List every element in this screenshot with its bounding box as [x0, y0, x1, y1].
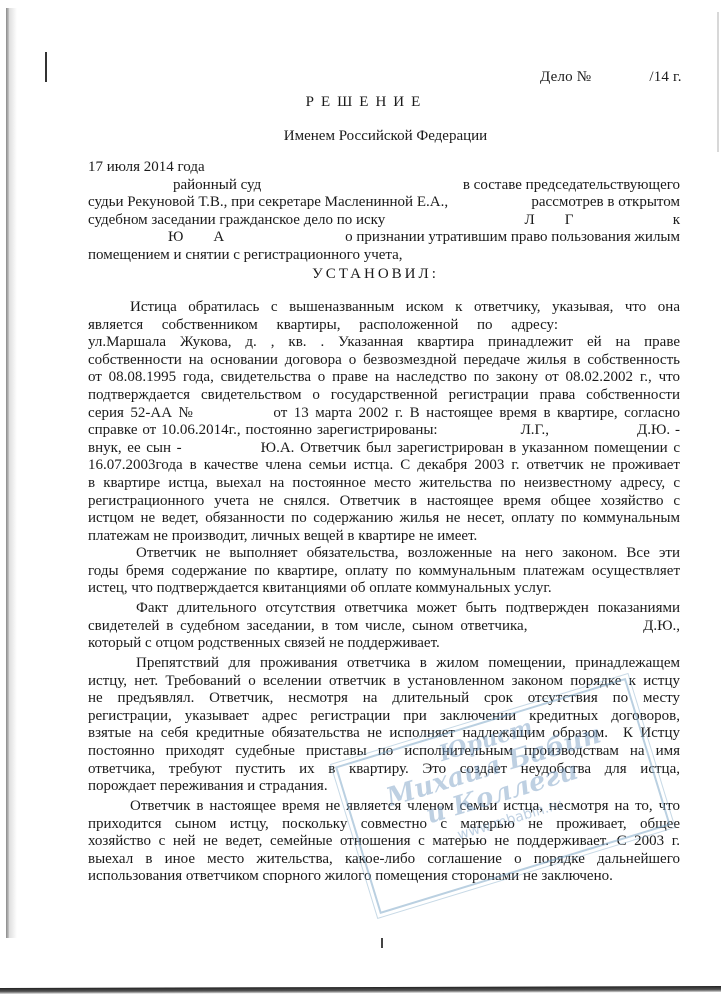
intro-line: помещением и снятии с регистрационного у…	[88, 247, 680, 265]
margin-mark	[45, 52, 47, 82]
document-title: РЕШЕНИЕ	[0, 94, 721, 111]
scan-page-edge-bottom	[0, 986, 721, 994]
section-heading-established: УСТАНОВИЛ:	[0, 266, 721, 283]
case-number-suffix: /14 г.	[649, 69, 681, 85]
paragraph-2: Ответчик не выполняет обязательства, воз…	[88, 545, 680, 598]
paragraph-5: Ответчик в настоящее время не является ч…	[88, 798, 680, 886]
intro-line: районный суд в составе председательствую…	[88, 177, 680, 195]
defendant-initials: Ю А	[88, 229, 224, 247]
paragraph-4: Препятствий для проживания ответчика в ж…	[88, 655, 680, 796]
plaintiff-initials: Л Г	[485, 212, 574, 230]
intro-line: судебном заседании гражданское дело по и…	[88, 212, 680, 230]
case-number: Дело №/14 г.	[540, 69, 682, 86]
scan-page-edge-left	[6, 8, 9, 938]
document-subtitle: Именем Российской Федерации	[0, 128, 721, 145]
decision-date: 17 июля 2014 года	[88, 159, 680, 177]
page-bottom-mark	[381, 938, 383, 948]
paragraph-3: Факт длительного отсутствия ответчика мо…	[88, 600, 680, 653]
paragraph-1: Истица обратилась с вышеназванным иском …	[88, 299, 680, 545]
intro-block: 17 июля 2014 года районный суд в составе…	[88, 159, 680, 265]
intro-line: Ю А о признании утратившим право пользов…	[88, 229, 680, 247]
intro-line: судьи Рекуновой Т.В., при секретаре Масл…	[88, 194, 680, 212]
case-number-label: Дело №	[540, 69, 591, 85]
